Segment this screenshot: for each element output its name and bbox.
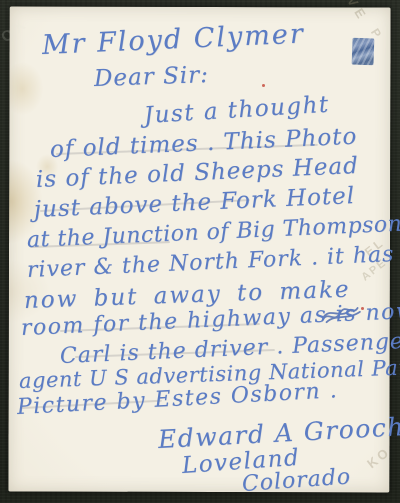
red-ink-speck	[262, 84, 265, 87]
blue-ink-stamp	[352, 38, 375, 66]
scan-background: OX VE P EL APE KO Mr Floyd Clymer Dear S…	[0, 0, 400, 503]
salutation-line: Dear Sir:	[94, 62, 210, 92]
